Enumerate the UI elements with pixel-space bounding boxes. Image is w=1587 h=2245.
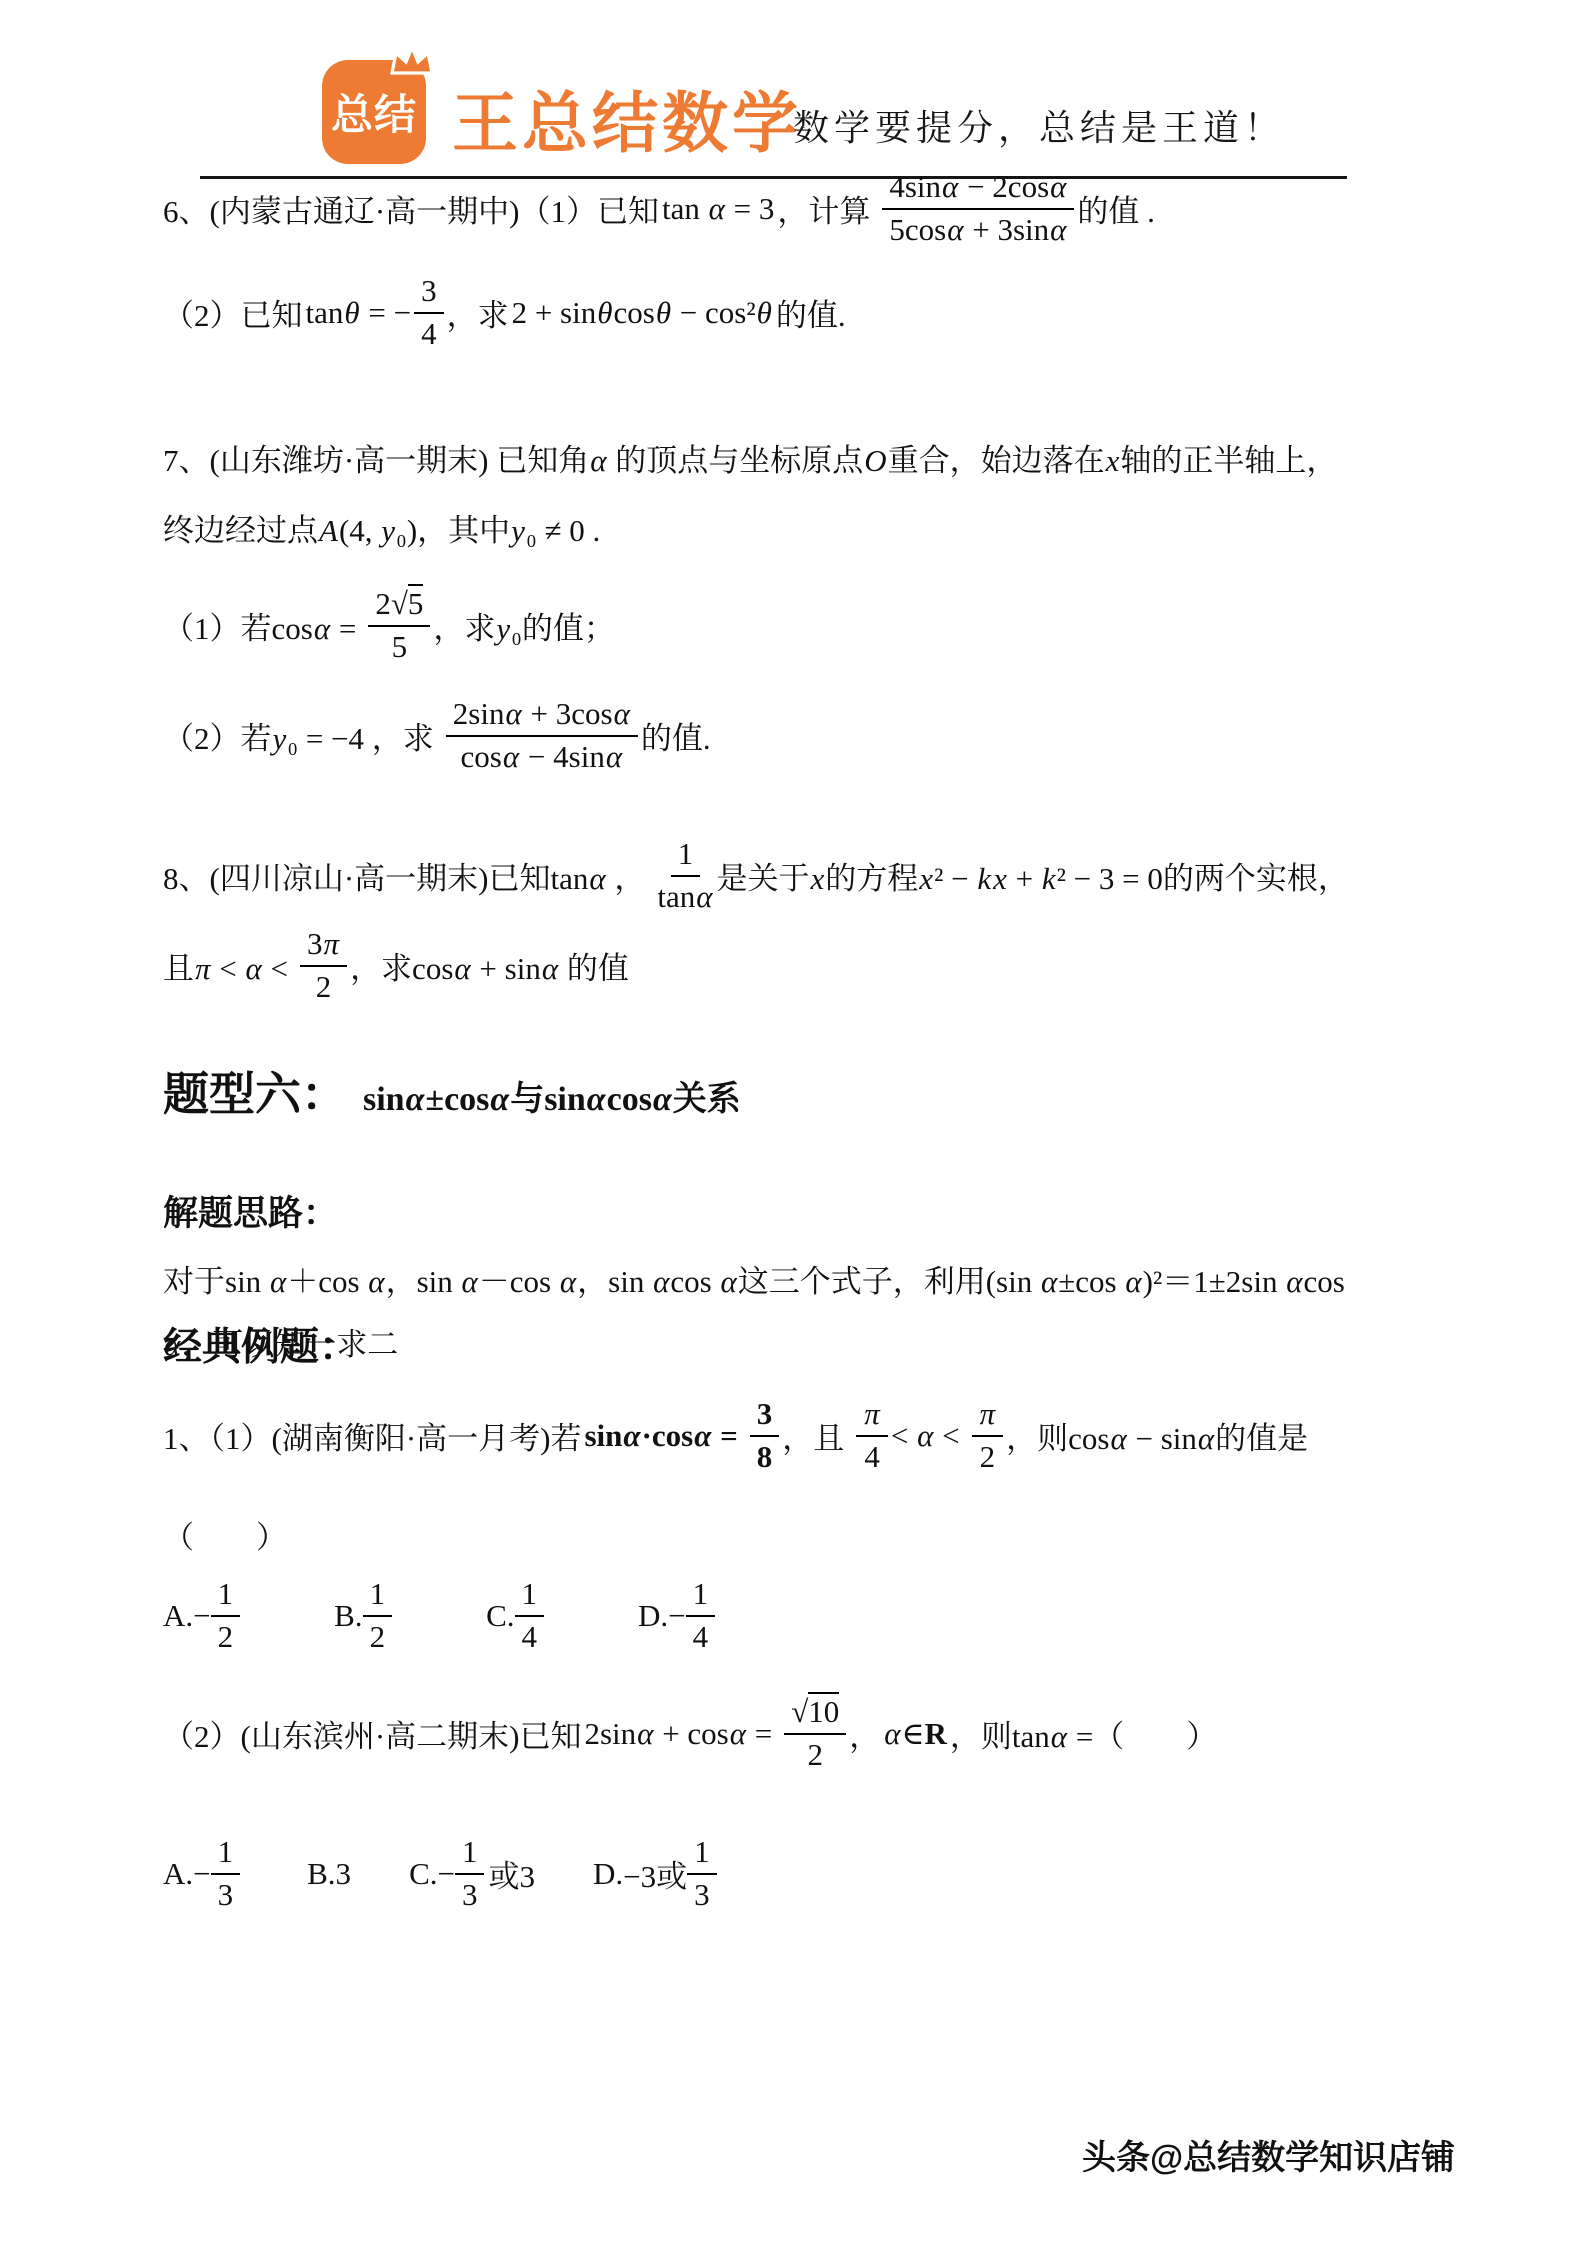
fraction-numerator: 1	[455, 1833, 485, 1875]
option-c: C. 1 4	[486, 1575, 553, 1657]
option-d-label: D.	[593, 1856, 623, 1892]
answer-blank: （ ）	[163, 1512, 287, 1557]
minus-sign: −	[193, 1598, 210, 1634]
q1-fraction-1: 3 8	[750, 1395, 780, 1477]
problem-6-intro: 6、(内蒙古通辽·高一期中)（1）已知	[163, 186, 659, 231]
problem-6-line-2: （2）已知 tanθ = − 3 4 ，求 2 + sinθcosθ − cos…	[163, 272, 849, 354]
option-b-fraction: 1 2	[363, 1575, 393, 1657]
fraction-numerator: 2sinα + 3cosα	[446, 695, 638, 737]
option-b: B.3	[307, 1856, 351, 1892]
minus-sign: −	[668, 1598, 685, 1634]
section-formula: sinα±cosα与sinαcosα关系	[363, 1071, 741, 1120]
fraction-numerator: 3	[750, 1395, 780, 1437]
fraction-numerator: 1	[211, 1833, 241, 1875]
fraction-numerator: π	[972, 1395, 1004, 1437]
fraction-denominator: 3	[462, 1875, 478, 1915]
option-b-label: B.	[334, 1598, 362, 1634]
option-a-fraction: 1 2	[211, 1575, 241, 1657]
fraction-numerator: 1	[686, 1575, 716, 1617]
brand-logo-badge: 总结	[322, 60, 426, 164]
problem-8-ask: ，求cosα + sinα 的值	[350, 943, 629, 988]
fraction-denominator: 2	[980, 1437, 996, 1477]
fraction-numerator: 2√5	[368, 585, 430, 627]
q1-answer-paren: （ ）	[163, 1512, 290, 1557]
option-c-label: C.	[486, 1598, 514, 1634]
fraction-denominator: 4	[693, 1617, 709, 1657]
problem-7-text: 7、(山东潍坊·高一期末) 已知角α 的顶点与坐标原点O重合，始边落在x轴的正半…	[163, 435, 1337, 480]
part2-intro: （2）已知	[163, 290, 303, 335]
q2-domain: α∈R	[883, 1716, 947, 1752]
problem-6-tail: 的值 .	[1077, 186, 1155, 231]
option-a: A. − 1 3	[163, 1833, 249, 1915]
fraction-denominator: tanα	[657, 877, 713, 917]
q2-given: 2sinα + cosα =	[584, 1716, 772, 1752]
fraction-numerator: 1	[515, 1575, 545, 1617]
option-d-fraction: 1 3	[687, 1833, 717, 1915]
section-label: 题型六：	[163, 1058, 347, 1124]
problem-7-text-2: 终边经过点A(4, y₀)，其中y₀ ≠ 0 .	[163, 505, 600, 550]
fraction-numerator: 1	[671, 835, 701, 877]
question-1-line: 1、（1）(湖南衡阳·高一月考)若 sinα·cosα = 3 8 ，且 π 4…	[163, 1395, 1311, 1477]
option-c-fraction: 1 4	[515, 1575, 545, 1657]
fraction-numerator: 1	[687, 1833, 717, 1875]
problem-7-part-2: （2）若y₀ = −4 ，求 2sinα + 3cosα cosα − 4sin…	[163, 695, 714, 777]
brand-title: 王总结数学	[452, 70, 802, 165]
q2-options-row: A. − 1 3 B.3 C. − 1 3 或3 D. −3或 1 3	[163, 1833, 784, 1915]
fraction-numerator: 3	[414, 272, 444, 314]
option-d: D. −3或 1 3	[593, 1833, 726, 1915]
worksheet-page: 总结 王总结数学 数学要提分，总结是王道！ 6、(内蒙古通辽·高一期中)（1）已…	[0, 0, 1587, 2245]
brand-slogan: 数学要提分，总结是王道！	[793, 100, 1285, 151]
part1-pre: （1）若cosα =	[163, 603, 356, 648]
fraction-denominator: 4	[421, 314, 437, 354]
problem-6-given: tan α = 3	[662, 191, 774, 227]
logo-badge-text: 总结	[331, 82, 417, 142]
part2-mid: ，求	[447, 290, 509, 335]
q1-given: sinα·cosα =	[584, 1418, 737, 1454]
problem-8-line-2: 且π < α < 3π 2 ，求cosα + sinα 的值	[163, 925, 632, 1007]
part1-fraction: 2√5 5	[368, 585, 430, 667]
option-c-suffix: 或3	[488, 1851, 535, 1896]
option-c-fraction: 1 3	[455, 1833, 485, 1915]
fraction-denominator: 5	[392, 627, 408, 667]
problem-8-fraction: 1 tanα	[657, 835, 713, 917]
q1-fraction-2: π 4	[856, 1395, 888, 1477]
option-a-fraction: 1 3	[211, 1833, 241, 1915]
problem-7-part-1: （1）若cosα = 2√5 5 ，求y₀的值；	[163, 585, 618, 667]
fraction-numerator: 1	[211, 1575, 241, 1617]
fraction-denominator: 5cosα + 3sinα	[889, 210, 1067, 250]
q1-ask: ，则cosα − sinα的值是	[1006, 1413, 1308, 1458]
part2-tan: tanθ = −	[306, 295, 412, 331]
range-fraction: 3π 2	[300, 925, 347, 1007]
part2-expression: 2 + sinθcosθ − cos²θ	[512, 295, 773, 331]
option-d: D. − 1 4	[638, 1575, 724, 1657]
fraction-denominator: 4	[522, 1617, 538, 1657]
option-a-label: A.	[163, 1856, 193, 1892]
problem-6-mid: ，计算	[777, 186, 870, 231]
fraction-numerator: 3π	[300, 925, 347, 967]
part2-fraction: 2sinα + 3cosα cosα − 4sinα	[446, 695, 638, 777]
part2-post: 的值.	[641, 713, 711, 758]
fraction-numerator: π	[856, 1395, 888, 1437]
problem-8-range: 且π < α <	[163, 943, 288, 988]
fraction-denominator: 3	[694, 1875, 710, 1915]
problem-8-intro: 8、(四川凉山·高一期末)已知tanα ，	[163, 853, 645, 898]
footer-credit: 头条@总结数学知识店铺	[1082, 2130, 1455, 2179]
q2-fraction: √10 2	[784, 1693, 846, 1775]
q2-intro: （2）(山东滨州·高二期末)已知	[163, 1711, 581, 1756]
fraction-denominator: 8	[757, 1437, 773, 1477]
q2-comma: ，	[849, 1711, 880, 1756]
fraction-denominator: cosα − 4sinα	[461, 737, 624, 777]
option-d-label: D.	[638, 1598, 668, 1634]
fraction-denominator: 2	[316, 967, 332, 1007]
fraction-numerator: 1	[363, 1575, 393, 1617]
crown-icon	[388, 44, 436, 78]
option-d-fraction: 1 4	[686, 1575, 716, 1657]
part2-tail: 的值.	[776, 290, 846, 335]
fraction-numerator: 4sinα − 2cosα	[882, 168, 1074, 210]
fraction-denominator: 3	[218, 1875, 234, 1915]
problem-8-equation: 是关于x的方程x² − kx + k² − 3 = 0的两个实根，	[717, 853, 1349, 898]
q2-ask: ，则tanα =（ ）	[950, 1711, 1217, 1756]
minus-sign: −	[193, 1856, 210, 1892]
q1-intro: 1、（1）(湖南衡阳·高一月考)若	[163, 1413, 581, 1458]
q1-mid-1: ，且	[782, 1413, 844, 1458]
q1-fraction-3: π 2	[972, 1395, 1004, 1477]
problem-6-fraction: 4sinα − 2cosα 5cosα + 3sinα	[882, 168, 1074, 250]
option-b: B. 1 2	[334, 1575, 401, 1657]
q1-options-row: A. − 1 2 B. 1 2 C. 1 4 D. − 1	[163, 1575, 809, 1657]
problem-8-line-1: 8、(四川凉山·高一期末)已知tanα ， 1 tanα 是关于x的方程x² −…	[163, 835, 1352, 917]
section-6-heading: 题型六： sinα±cosα与sinαcosα关系	[163, 1058, 741, 1124]
question-2-line: （2）(山东滨州·高二期末)已知 2sinα + cosα = √10 2 ， …	[163, 1693, 1220, 1775]
examples-heading: 经典例题：	[163, 1316, 358, 1372]
option-d-prefix: −3或	[623, 1851, 687, 1896]
fraction-numerator: √10	[784, 1693, 846, 1735]
fraction-denominator: 2	[808, 1735, 824, 1775]
option-a: A. − 1 2	[163, 1575, 249, 1657]
option-c-label: C.	[409, 1856, 437, 1892]
problem-7-line-1: 7、(山东潍坊·高一期末) 已知角α 的顶点与坐标原点O重合，始边落在x轴的正半…	[163, 435, 1340, 480]
part2-pre: （2）若y₀ = −4 ，求	[163, 713, 434, 758]
option-a-label: A.	[163, 1598, 193, 1634]
problem-7-line-2: 终边经过点A(4, y₀)，其中y₀ ≠ 0 .	[163, 505, 603, 550]
minus-sign: −	[438, 1856, 455, 1892]
q1-inequality: < α <	[891, 1418, 960, 1454]
fraction-denominator: 2	[370, 1617, 386, 1657]
part2-fraction: 3 4	[414, 272, 444, 354]
option-b-label: B.3	[307, 1856, 351, 1892]
part1-post: ，求y₀的值；	[433, 603, 615, 648]
fraction-denominator: 4	[864, 1437, 880, 1477]
strategy-label: 解题思路：	[163, 1194, 338, 1233]
option-c: C. − 1 3 或3	[409, 1833, 535, 1915]
fraction-denominator: 2	[218, 1617, 234, 1657]
problem-6-line-1: 6、(内蒙古通辽·高一期中)（1）已知 tan α = 3 ，计算 4sinα …	[163, 168, 1158, 250]
